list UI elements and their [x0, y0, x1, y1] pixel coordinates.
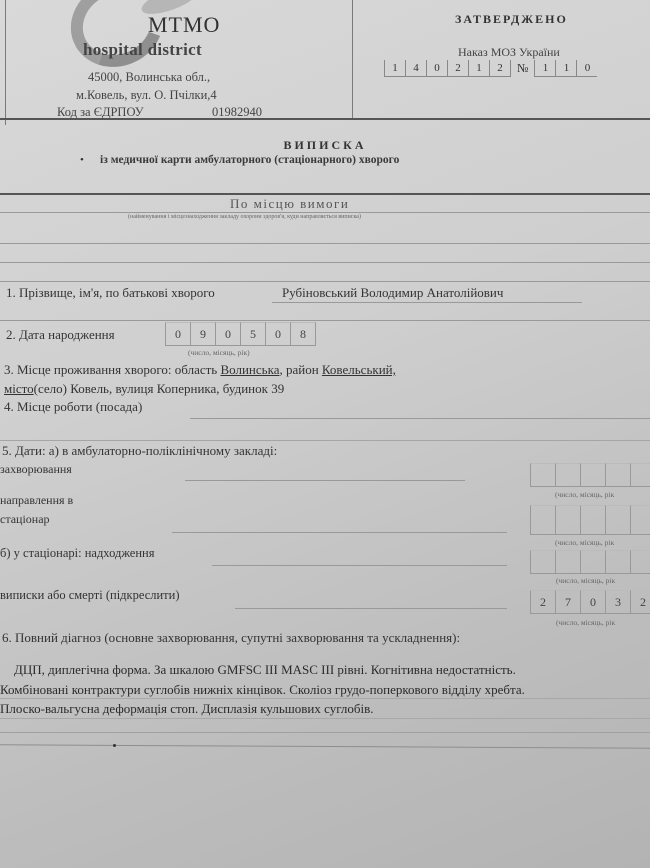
discharge-date-digit: 2 [530, 590, 555, 614]
illness-label: захворювання [0, 462, 72, 477]
destination-value: По місцю вимоги [230, 196, 349, 212]
order-date-digit: 1 [384, 60, 405, 77]
birth-date-digit: 0 [215, 322, 240, 346]
dates-label: 5. Дати: а) в амбулаторно-поліклінічному… [2, 443, 277, 459]
illness-underline [185, 480, 465, 481]
birth-date-digit: 5 [240, 322, 265, 346]
illness-date-boxes [530, 463, 650, 487]
header-divider [352, 0, 353, 118]
date-cell [580, 505, 605, 535]
number-sign: № [511, 60, 534, 77]
date-cell [530, 505, 555, 535]
date-cell [605, 505, 630, 535]
order-label: Наказ МОЗ України [458, 45, 560, 60]
diagnosis-label: 6. Повний діагноз (основне захворювання,… [2, 630, 460, 646]
edrpou-code: 01982940 [212, 105, 262, 120]
residence-label: 3. Місце проживання хворого: область [4, 362, 217, 377]
birth-date-hint: (число, місяць, рік) [188, 348, 250, 357]
date-cell [605, 550, 630, 574]
row-rule [0, 440, 650, 441]
date-cell [555, 463, 580, 487]
work-label: 4. Місце роботи (посада) [4, 399, 142, 415]
admission-underline [212, 565, 507, 566]
date-cell [530, 463, 555, 487]
discharge-date-digit: 7 [555, 590, 580, 614]
brand-subtitle: hospital district [83, 40, 202, 60]
date-cell [580, 463, 605, 487]
illness-date-hint: (число, місяць, рік [555, 490, 614, 499]
referral-date-boxes [530, 505, 650, 535]
work-underline [190, 418, 650, 419]
date-cell [630, 550, 650, 574]
residence-city-label: місто [4, 381, 34, 396]
patient-name-value: Рубіновський Володимир Анатолійович [282, 285, 503, 301]
birth-date-digit: 9 [190, 322, 215, 346]
diagnosis-line: ДЦП, диплегічна форма. За шкалою GMFSC I… [14, 662, 516, 678]
brand-name: MTMO [148, 12, 220, 38]
date-cell [630, 463, 650, 487]
edrpou-label: Код за ЄДРПОУ [57, 105, 144, 120]
diagnosis-rule [0, 718, 650, 719]
blank-rule [0, 243, 650, 244]
date-cell [605, 463, 630, 487]
diagnosis-rule [0, 698, 650, 699]
title-bottom-rule [0, 193, 650, 195]
discharge-date-digit: 3 [605, 590, 630, 614]
birth-date-label: 2. Дата народження [6, 327, 115, 343]
destination-rule [0, 212, 650, 213]
diagnosis-rule [0, 744, 650, 748]
order-date-digit: 2 [489, 60, 511, 77]
date-cell [530, 550, 555, 574]
admission-date-boxes [530, 550, 650, 574]
birth-date-boxes: 0 9 0 5 0 8 [165, 322, 316, 346]
address-line-1: 45000, Волинська обл., [88, 70, 210, 85]
discharge-date-boxes: 2 7 0 3 2 [530, 590, 650, 614]
discharge-date-digit: 0 [580, 590, 605, 614]
diagnosis-rule [0, 732, 650, 733]
blank-rule [0, 262, 650, 263]
order-date-digit: 1 [468, 60, 489, 77]
order-date-digit: 4 [405, 60, 426, 77]
residence-district: Ковельський, [322, 362, 396, 377]
admission-date-hint: (число, місяць, рік [556, 576, 615, 585]
order-number-digit: 1 [555, 60, 576, 77]
address-line-2: м.Ковель, вул. О. Пчілки,4 [76, 88, 217, 103]
birth-date-digit: 0 [265, 322, 290, 346]
residence-line-1: 3. Місце проживання хворого: область Вол… [4, 362, 396, 378]
header-border-left [5, 0, 6, 125]
date-cell [580, 550, 605, 574]
residence-rest: (село) Ковель, вулиця Коперника, будинок… [34, 381, 285, 396]
blank-rule [0, 281, 650, 282]
residence-district-label: , район [279, 362, 318, 377]
patient-name-underline [272, 302, 582, 303]
patient-name-label: 1. Прізвище, ім'я, по батькові хворого [6, 285, 215, 301]
residence-line-2: місто(село) Ковель, вулиця Коперника, бу… [4, 381, 284, 397]
row-rule [0, 320, 650, 321]
document-title: ВИПИСКА [0, 138, 650, 153]
ink-dot [113, 744, 116, 747]
discharge-underline [235, 608, 507, 609]
birth-date-digit: 8 [290, 322, 316, 346]
bullet-mark: • [80, 154, 84, 166]
referral-date-hint: (число, місяць, рік [555, 538, 614, 547]
order-number-digit: 0 [576, 60, 597, 77]
discharge-date-digit: 2 [630, 590, 650, 614]
referral-label-2: стаціонар [0, 512, 50, 527]
referral-underline [172, 532, 507, 533]
document-subtitle: із медичної карти амбулаторного (стаціон… [100, 154, 399, 166]
diagnosis-line: Плоско-вальгусна деформація стоп. Диспла… [0, 701, 374, 717]
date-cell [555, 505, 580, 535]
order-number-digit: 1 [534, 60, 555, 77]
destination-hint: (найменування і місцезнаходження закладу… [128, 214, 361, 220]
diagnosis-line: Комбіновані контрактури суглобів нижніх … [0, 682, 525, 698]
date-cell [555, 550, 580, 574]
discharge-label: виписки або смерті (підкреслити) [0, 588, 180, 603]
order-number-row: 1 4 0 2 1 2 № 1 1 0 [384, 60, 597, 77]
discharge-date-hint: (число, місяць, рік [556, 618, 615, 627]
order-date-digit: 0 [426, 60, 447, 77]
approved-stamp: ЗАТВЕРДЖЕНО [455, 12, 568, 27]
date-cell [630, 505, 650, 535]
birth-date-digit: 0 [165, 322, 190, 346]
admission-label: б) у стаціонарі: надходження [0, 546, 154, 561]
referral-label-1: направлення в [0, 493, 73, 508]
order-date-digit: 2 [447, 60, 468, 77]
residence-region: Волинська [220, 362, 279, 377]
